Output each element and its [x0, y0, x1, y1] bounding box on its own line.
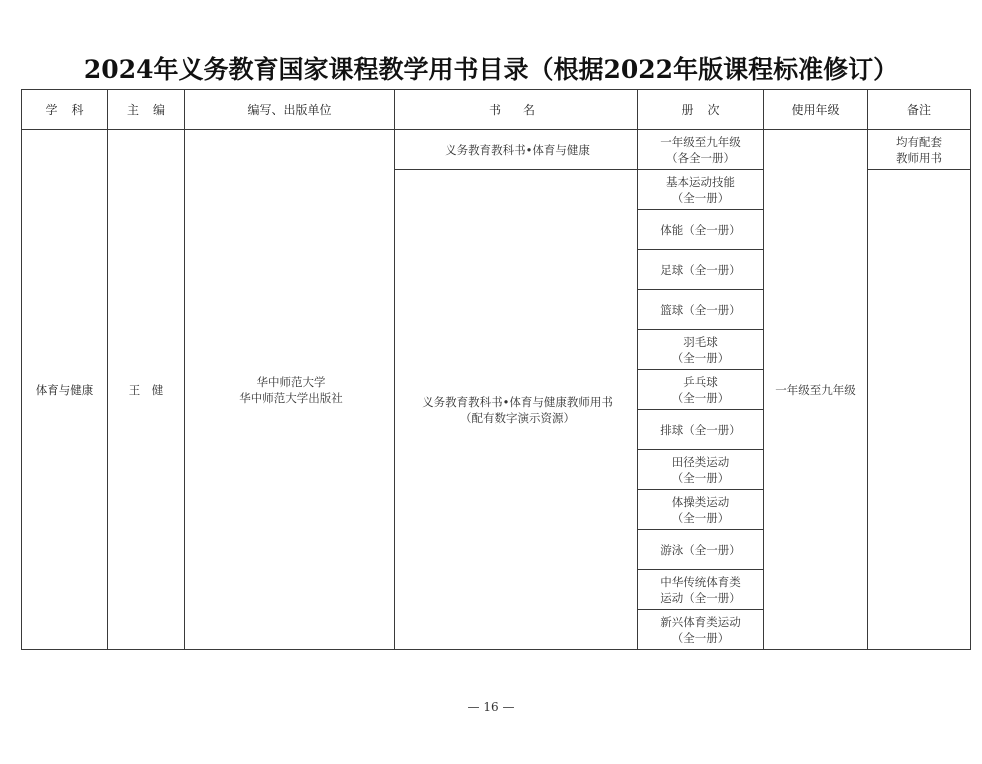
volume-line: （全一册） [638, 630, 763, 646]
volume-line: 游泳（全一册） [638, 542, 763, 558]
header-row: 学科 主编 编写、出版单位 书名 册次 使用年级 备注 [22, 90, 971, 130]
editor-cell: 王 健 [108, 130, 185, 650]
volume-line: 新兴体育类运动 [638, 614, 763, 630]
volume-line: 排球（全一册） [638, 422, 763, 438]
textbook-catalog-table: 学科 主编 编写、出版单位 书名 册次 使用年级 备注 体育与健康 王 健 华中… [21, 89, 971, 650]
volume-line: （全一册） [638, 510, 763, 526]
note-line: 均有配套 [868, 134, 970, 150]
volume-line: （全一册） [638, 350, 763, 366]
volume-cell: 羽毛球 （全一册） [638, 330, 764, 370]
volume-cell: 游泳（全一册） [638, 530, 764, 570]
notes-cell: 均有配套 教师用书 [868, 130, 971, 170]
header-notes: 备注 [868, 90, 971, 130]
book-name-line: （配有数字演示资源） [398, 410, 637, 426]
header-publisher: 编写、出版单位 [185, 90, 395, 130]
header-book-name: 书名 [395, 90, 638, 130]
volume-cell: 排球（全一册） [638, 410, 764, 450]
volume-line: 羽毛球 [638, 334, 763, 350]
book-name-cell: 义务教育教科书•体育与健康教师用书 （配有数字演示资源） [395, 170, 638, 650]
subject-cell: 体育与健康 [22, 130, 108, 650]
volume-cell: 篮球（全一册） [638, 290, 764, 330]
book-name-cell: 义务教育教科书•体育与健康 [395, 130, 638, 170]
volume-line: 乒乓球 [638, 374, 763, 390]
grade-cell: 一年级至九年级 [764, 130, 868, 650]
document-title: 2024年义务教育国家课程教学用书目录（根据2022年版课程标准修订） [0, 50, 982, 90]
volume-cell: 新兴体育类运动 （全一册） [638, 610, 764, 650]
volume-cell: 足球（全一册） [638, 250, 764, 290]
table-row: 体育与健康 王 健 华中师范大学 华中师范大学出版社 义务教育教科书•体育与健康… [22, 130, 971, 170]
volume-line: （各全一册） [638, 150, 763, 166]
volume-line: 篮球（全一册） [638, 302, 763, 318]
publisher-line: 华中师范大学 [188, 374, 394, 390]
header-volume: 册次 [638, 90, 764, 130]
notes-cell [868, 170, 971, 650]
header-subject: 学科 [22, 90, 108, 130]
volume-line: 体操类运动 [638, 494, 763, 510]
volume-line: 足球（全一册） [638, 262, 763, 278]
publisher-line: 华中师范大学出版社 [188, 390, 394, 406]
book-name-line: 义务教育教科书•体育与健康教师用书 [398, 394, 637, 410]
volume-line: 基本运动技能 [638, 174, 763, 190]
volume-cell: 基本运动技能 （全一册） [638, 170, 764, 210]
publisher-cell: 华中师范大学 华中师范大学出版社 [185, 130, 395, 650]
page-number: — 16 — [0, 700, 982, 714]
volume-line: 中华传统体育类 [638, 574, 763, 590]
header-grade: 使用年级 [764, 90, 868, 130]
volume-line: 田径类运动 [638, 454, 763, 470]
volume-cell: 体能（全一册） [638, 210, 764, 250]
volume-cell: 体操类运动 （全一册） [638, 490, 764, 530]
volume-line: （全一册） [638, 470, 763, 486]
note-line: 教师用书 [868, 150, 970, 166]
header-editor: 主编 [108, 90, 185, 130]
volume-line: 体能（全一册） [638, 222, 763, 238]
volume-line: 运动（全一册） [638, 590, 763, 606]
volume-cell: 中华传统体育类 运动（全一册） [638, 570, 764, 610]
volume-cell: 田径类运动 （全一册） [638, 450, 764, 490]
volume-cell: 乒乓球 （全一册） [638, 370, 764, 410]
volume-cell: 一年级至九年级 （各全一册） [638, 130, 764, 170]
book-name-line: 义务教育教科书•体育与健康 [398, 142, 637, 158]
volume-line: 一年级至九年级 [638, 134, 763, 150]
volume-line: （全一册） [638, 390, 763, 406]
volume-line: （全一册） [638, 190, 763, 206]
